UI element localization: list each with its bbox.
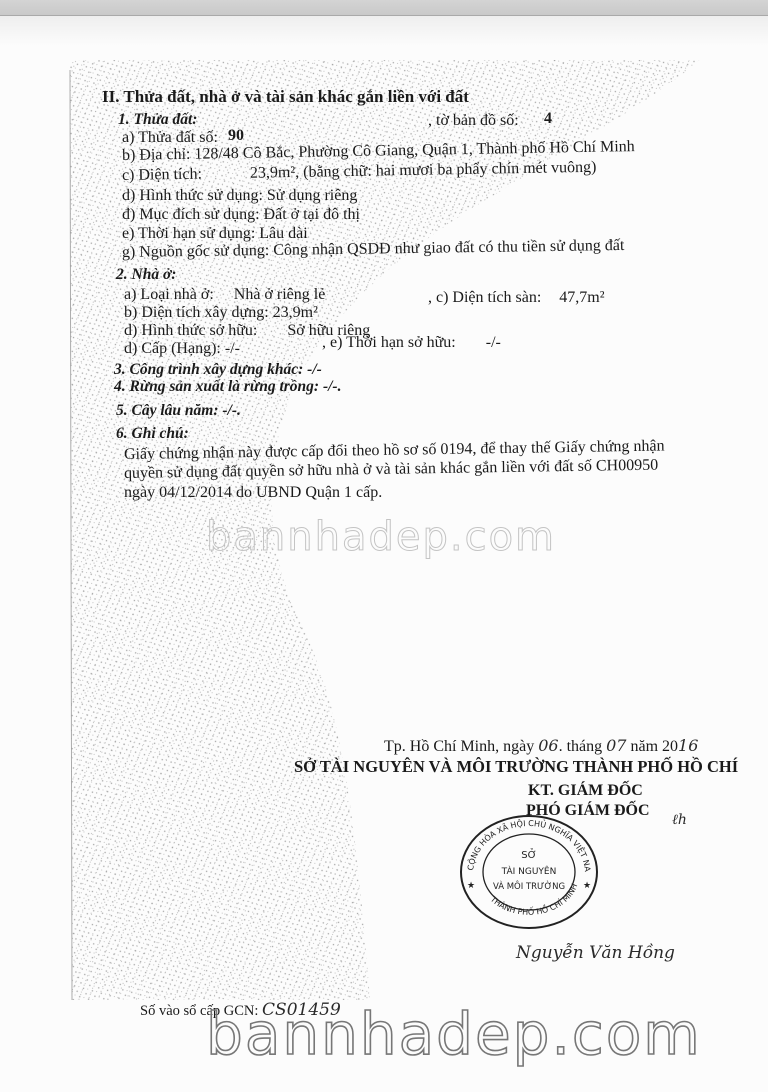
issue-year-suffix: 16: [678, 736, 698, 755]
date-prefix: Tp. Hồ Chí Minh, ngày: [384, 738, 534, 755]
house-type-label: a) Loại nhà ở:: [124, 286, 214, 303]
address-label: b) Địa chỉ:: [122, 146, 191, 164]
issue-date: Tp. Hồ Chí Minh, ngày 06. tháng 07 năm 2…: [384, 737, 698, 756]
floor-area-row: , c) Diện tích sàn: 47,7m²: [428, 289, 605, 307]
use-form-label: d) Hình thức sử dụng:: [122, 187, 263, 204]
use-form-value: Sử dụng riêng: [267, 187, 357, 204]
grade-label: d) Cấp (Hạng):: [124, 340, 221, 357]
house-type-value: Nhà ở riêng lẻ: [234, 286, 326, 303]
ownership-label: d) Hình thức sở hữu:: [124, 322, 257, 339]
term-row: , e) Thời hạn sở hữu: -/-: [322, 334, 501, 352]
seal-center-2: TÀI NGUYÊN: [501, 865, 557, 877]
signer-name: Nguyễn Văn Hồng: [516, 944, 675, 962]
grade-row: d) Cấp (Hạng): -/-: [124, 340, 240, 358]
use-purpose-row: đ) Mục đích sử dụng: Đất ở tại đô thị: [122, 206, 360, 224]
build-area-row: b) Diện tích xây dựng: 23,9m²: [124, 304, 318, 322]
initials-mark: ℓℎ: [672, 812, 687, 829]
area-label: c) Diện tích:: [122, 166, 202, 184]
svg-text:CỘNG HÒA XÃ HỘI CHỦ NGHĨA VIỆT: CỘNG HÒA XÃ HỘI CHỦ NGHĨA VIỆT NAM: [455, 812, 592, 873]
floor-area-label: , c) Diện tích sàn:: [428, 289, 541, 306]
year-label: năm 20: [630, 738, 678, 755]
signer-role-1: KT. GIÁM ĐỐC: [528, 782, 643, 800]
use-term-value: Lâu dài: [259, 225, 307, 242]
origin-value: Công nhận QSDĐ như giao đất có thu tiền …: [273, 237, 624, 259]
perennial-trees: 5. Cây lâu năm: -/-.: [116, 402, 241, 420]
map-sheet-label: , tờ bản đồ số:: [428, 112, 519, 130]
map-sheet-value: 4: [544, 110, 552, 128]
floor-area-value: 47,7m²: [559, 289, 604, 306]
svg-text:★: ★: [467, 880, 475, 890]
use-form-row: d) Hình thức sử dụng: Sử dụng riêng: [122, 187, 357, 205]
watermark-faint: bannhadep.com: [206, 514, 556, 560]
term-value: -/-: [486, 334, 501, 351]
watermark: bannhadep.com: [206, 1000, 702, 1068]
svg-text:★: ★: [583, 880, 591, 890]
issue-month: 07: [606, 736, 626, 755]
issue-day: 06: [538, 736, 558, 755]
issuing-agency: SỞ TÀI NGUYÊN VÀ MÔI TRƯỜNG THÀNH PHỐ HỒ…: [294, 758, 738, 776]
other-construction: 3. Công trình xây dựng khác: -/-: [114, 361, 322, 379]
page-shadow: [0, 16, 768, 46]
build-area-value: 23,9m²: [273, 304, 318, 321]
official-seal: CỘNG HÒA XÃ HỘI CHỦ NGHĨA VIỆT NAM THÀNH…: [455, 812, 603, 930]
use-term-label: e) Thời hạn sử dụng:: [122, 225, 255, 242]
house-heading: 2. Nhà ở:: [116, 266, 176, 284]
notes-line-3: ngày 04/12/2014 do UBND Quận 1 cấp.: [124, 484, 382, 502]
notes-heading: 6. Ghi chú:: [116, 425, 189, 443]
term-label: , e) Thời hạn sở hữu:: [322, 334, 456, 351]
house-type-row: a) Loại nhà ở: Nhà ở riêng lẻ: [124, 286, 325, 304]
grade-value: -/-: [225, 340, 240, 357]
use-purpose-label: đ) Mục đích sử dụng:: [122, 206, 260, 223]
seal-ring-top: CỘNG HÒA XÃ HỘI CHỦ NGHĨA VIỆT NAM: [455, 812, 592, 873]
seal-center-1: SỞ: [521, 847, 536, 861]
parcel-value: 90: [228, 127, 244, 145]
section-title: II. Thửa đất, nhà ở và tài sản khác gắn …: [102, 88, 469, 106]
use-purpose-value: Đất ở tại đô thị: [264, 206, 360, 223]
use-term-row: e) Thời hạn sử dụng: Lâu dài: [122, 225, 308, 243]
build-area-label: b) Diện tích xây dựng:: [124, 304, 269, 321]
forest: 4. Rừng sản xuất là rừng trồng: -/-.: [114, 378, 341, 396]
parcel-label: a) Thửa đất số:: [122, 129, 218, 147]
seal-center-3: VÀ MÔI TRƯỜNG: [493, 880, 565, 892]
area-value: 23,9m², (bằng chữ: hai mươi ba phẩy chín…: [250, 159, 597, 182]
month-label: tháng: [567, 738, 603, 755]
land-heading: 1. Thửa đất:: [118, 111, 197, 129]
viewer-top-bar: [0, 0, 768, 16]
origin-label: g) Nguồn gốc sử dụng:: [122, 242, 270, 261]
